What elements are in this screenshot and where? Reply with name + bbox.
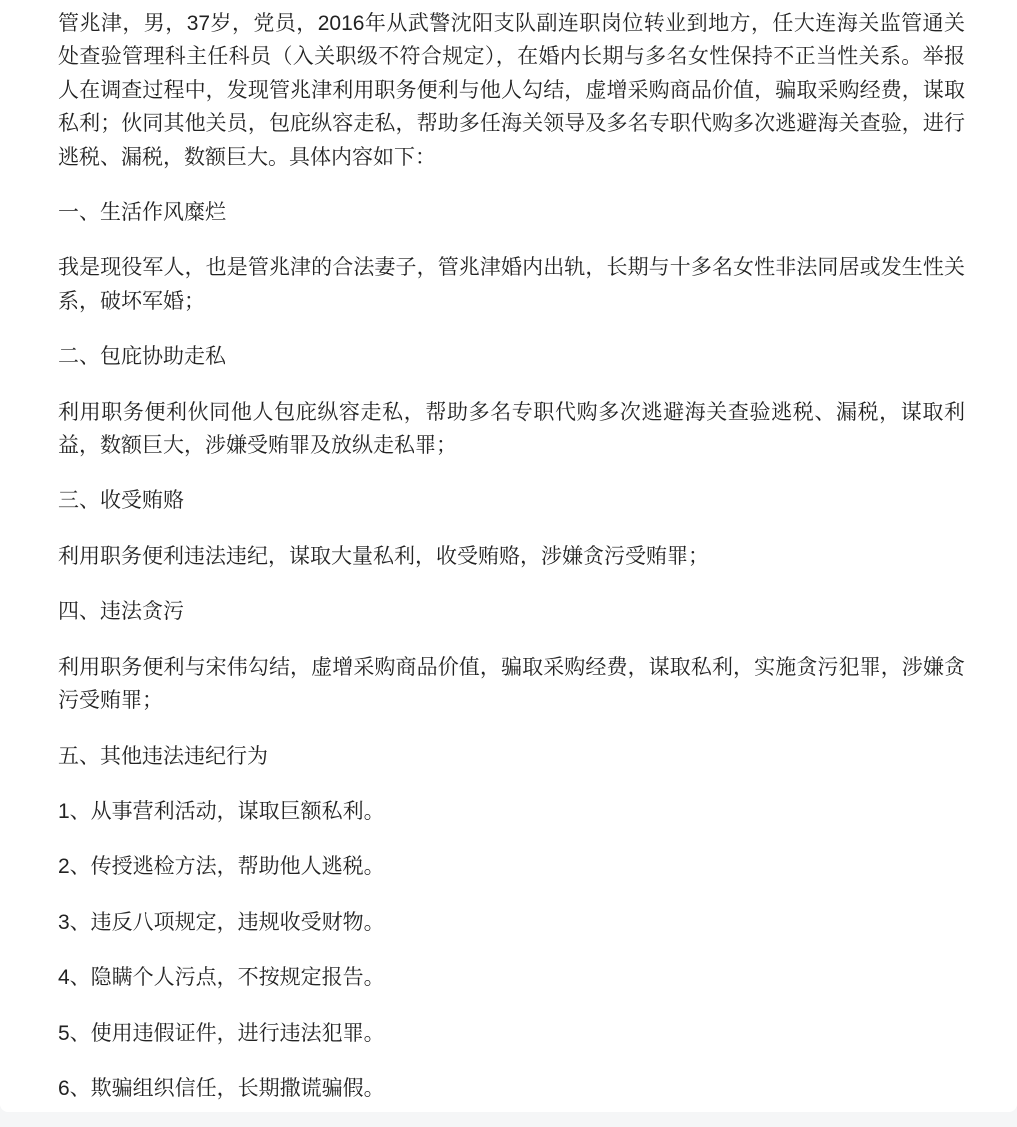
- complaint-letter-article: 管兆津，男，37岁，党员，2016年从武警沈阳支队副连职岗位转业到地方，任大连海…: [58, 7, 965, 1105]
- section-4-body: 利用职务便利与宋伟勾结，虚增采购商品价值，骗取采购经费，谋取私利，实施贪污犯罪，…: [58, 651, 965, 718]
- section-4-heading: 四、违法贪污: [58, 595, 965, 628]
- list-item-5: 5、使用违假证件，进行违法犯罪。: [58, 1017, 965, 1050]
- section-1-body: 我是现役军人，也是管兆津的合法妻子，管兆津婚内出轨，长期与十多名女性非法同居或发…: [58, 251, 965, 318]
- intro-paragraph: 管兆津，男，37岁，党员，2016年从武警沈阳支队副连职岗位转业到地方，任大连海…: [58, 7, 965, 174]
- section-2-heading: 二、包庇协助走私: [58, 340, 965, 373]
- section-3-heading: 三、收受贿赂: [58, 484, 965, 517]
- section-1-heading: 一、生活作风糜烂: [58, 196, 965, 229]
- list-item-2: 2、传授逃检方法，帮助他人逃税。: [58, 850, 965, 883]
- section-5-heading: 五、其他违法违纪行为: [58, 740, 965, 773]
- document-page: 管兆津，男，37岁，党员，2016年从武警沈阳支队副连职岗位转业到地方，任大连海…: [0, 0, 1017, 1127]
- section-3-body: 利用职务便利违法违纪，谋取大量私利，收受贿赂，涉嫌贪污受贿罪；: [58, 540, 965, 573]
- list-item-1: 1、从事营利活动，谋取巨额私利。: [58, 795, 965, 828]
- list-item-6: 6、欺骗组织信任，长期撒谎骗假。: [58, 1072, 965, 1105]
- page-bottom-background-strip: [0, 1112, 1017, 1127]
- section-2-body: 利用职务便利伙同他人包庇纵容走私，帮助多名专职代购多次逃避海关查验逃税、漏税，谋…: [58, 396, 965, 463]
- list-item-4: 4、隐瞒个人污点，不按规定报告。: [58, 961, 965, 994]
- article-content-card: 管兆津，男，37岁，党员，2016年从武警沈阳支队副连职岗位转业到地方，任大连海…: [0, 0, 1017, 1112]
- list-item-3: 3、违反八项规定，违规收受财物。: [58, 906, 965, 939]
